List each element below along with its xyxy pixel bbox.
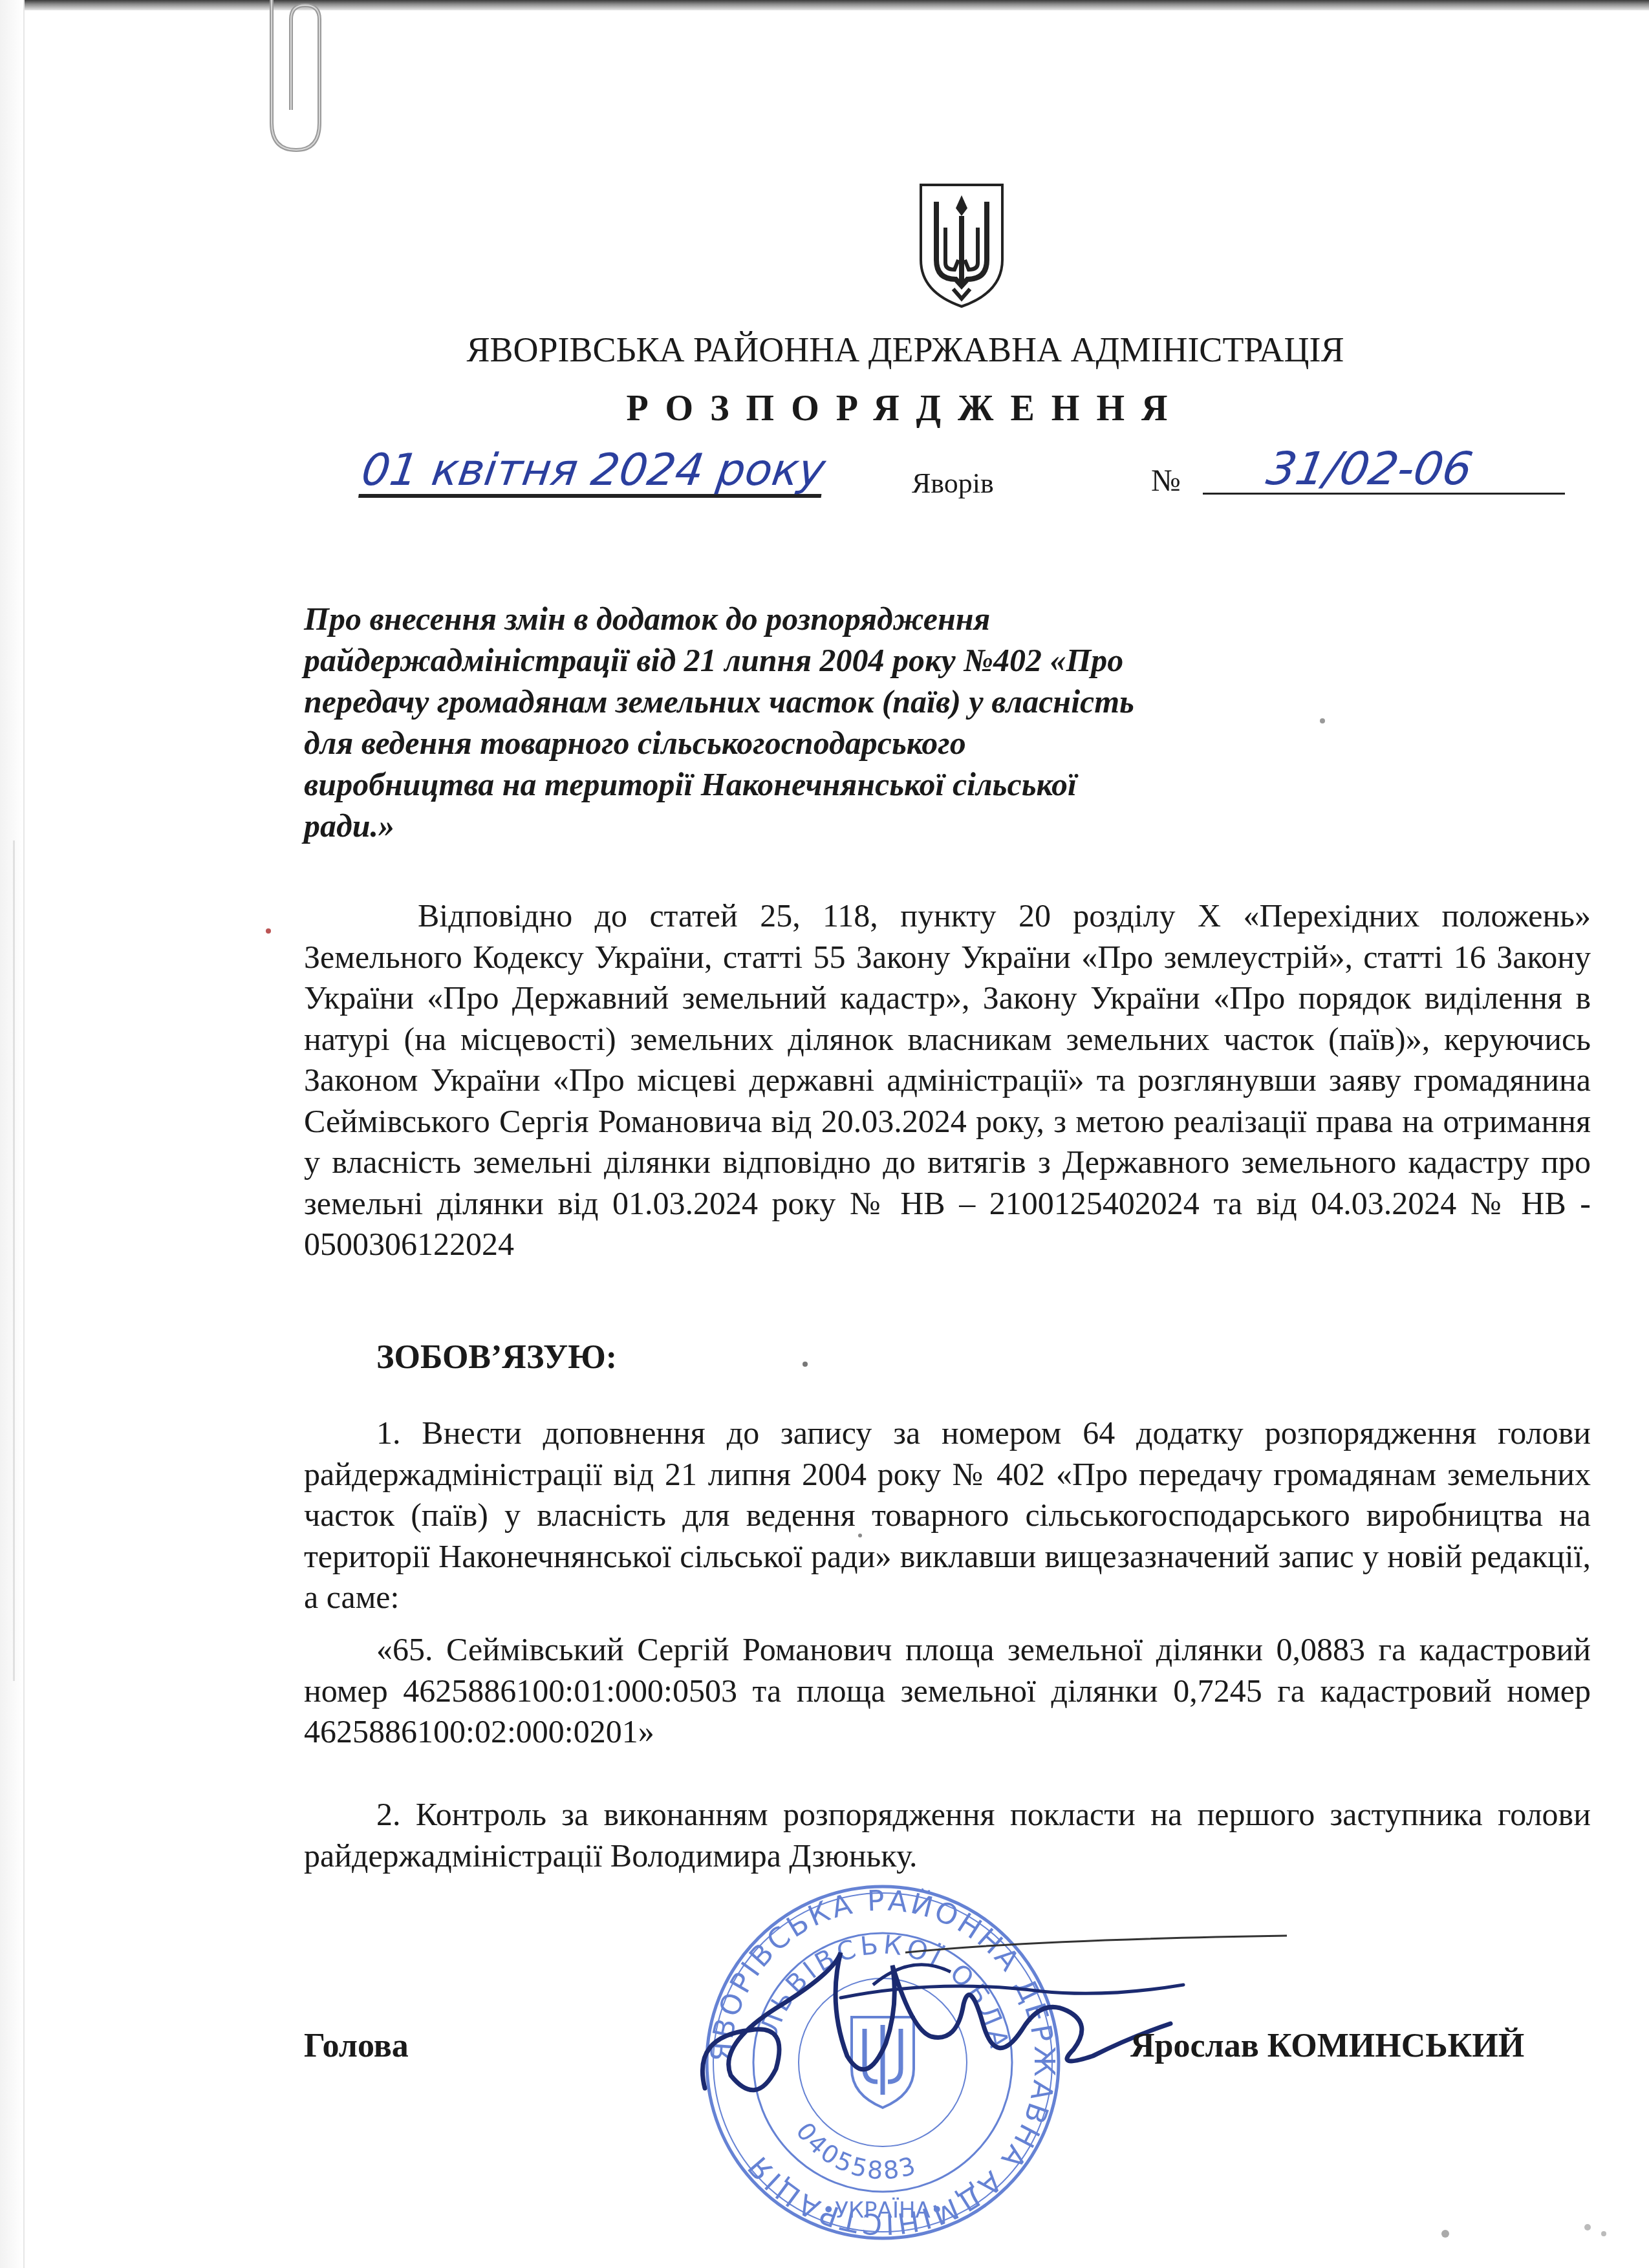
signatory-title: Голова [304,2027,409,2065]
handwritten-date: 01 квітня 2024 року [358,445,828,496]
item-1-paragraph: 1. Внести доповнення до запису за номеро… [304,1413,1591,1618]
stamp-country: •УКРАЇНА• [822,2198,943,2223]
signatory-name: Ярослав КОМИНСЬКИЙ [1130,2027,1524,2065]
svg-text:04055883: 04055883 [790,2117,920,2185]
organization-name: ЯВОРІВСЬКА РАЙОННА ДЕРЖАВНА АДМІНІСТРАЦІ… [0,330,1649,370]
stamp-code: 04055883 [790,2117,920,2185]
preamble-paragraph: Відповідно до статей 25, 118, пункту 20 … [304,895,1591,1265]
paperclip-icon [246,0,330,155]
document-type-title: РОЗПОРЯДЖЕННЯ [0,388,1649,429]
coat-of-arms-trident-icon [917,182,1006,309]
handwritten-number: 31/02-06 [1263,442,1477,495]
signature-stroke [905,1933,1293,1959]
date-number-line: 01 квітня 2024 року Яворів № 31/02-06 [349,440,1565,511]
item-2-paragraph: 2. Контроль за виконанням розпорядження … [304,1794,1591,1876]
document-subject: Про внесення змін в додаток до розпорядж… [304,598,1164,846]
quoted-record-paragraph: «65. Сеймівський Сергій Романович площа … [304,1629,1591,1753]
decree-heading: ЗОБОВ’ЯЗУЮ: [376,1338,617,1376]
place-name: Яворів [912,467,994,500]
number-sign: № [1151,463,1181,498]
